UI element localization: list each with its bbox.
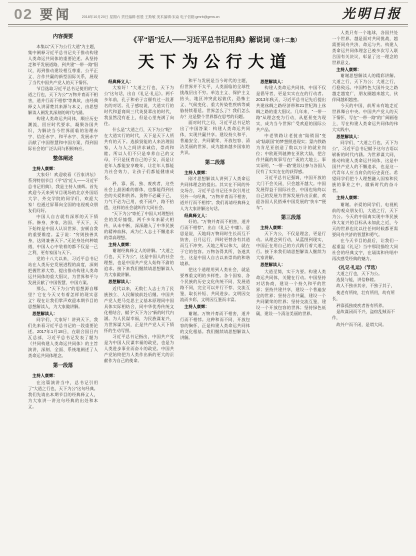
page-number: 02 [14,7,33,22]
section-heading: 第三段落 [256,215,326,222]
newspaper-column-3: 和平与发展是当今时代的主题，但世界并不太平，人类面临的全球性挑战层出不穷。单边主… [180,78,250,552]
verse-line: 使老有所终，壮有所用，幼有所长， [332,290,398,303]
section-heading: 第二段落 [180,160,250,167]
body-paragraph: 刚才思想解读人讲到了人类命运共同体理念的提出。其实在不同的外交场合，习近平总书记… [180,176,250,212]
body-paragraph: 大道至简，实干为要。构建人类命运共同体，关键在行动。中国坚持对话协商，建设一个持… [256,269,326,317]
body-paragraph: 节目选取习近平总书记使用的“大道之行也，天下为公”“万物并育而不相害，道并行而不… [28,86,98,116]
body-paragraph: 在这篇演讲当中，总书记引用了“大道之行也，天下为公”这句经典。我们先请出本期节目… [28,380,98,410]
body-paragraph: 大家好！欢迎收看《百家讲坛》系列特别节目《平“语”近人——习近平总书记用典》，我… [28,172,98,214]
body-paragraph: 谢谢思想解读人的精彩讲解。大道之行，天下为公；大道之行，行稳致远。中国特色大国外… [332,73,398,103]
body-paragraph: 在今天节目的最后，让我们一起重温《礼记》当中那段描绘大同社会的经典文字，在诵读和… [332,238,398,262]
masthead-logo: 光明日报 [342,8,402,22]
verse-title: 《礼记·礼运》（节选） [332,264,398,271]
body-paragraph: 谢谢经典释义人的讲解。“大道之行也，天下为公”，这是中国人的社会理想，也是中国共… [104,248,174,278]
page-content: 《平“语”近人——习近平总书记用典》解说词（第十二集） 天下为公行大道 内容提要… [28,30,398,552]
body-paragraph: 矜、寡、孤、独、废疾者，这些社会上最困难的群体，也都能得到社会的关爱和供养。货物… [104,181,174,211]
body-paragraph: 习近平总书记强调，中国开放的大门不会关闭，只会越开越大。中国发展得益于国际社会，… [256,175,326,211]
dateline: 2018年10月20日 星期六 责任编辑:张胜 王斯敏 美术编辑:宋焱 电子信箱… [82,15,342,20]
header-rule-thin [8,26,408,27]
body-paragraph: 什么是“大道之行，天下为公”呢？在大道实行的时代，天下是天下人所共有的天下。选拔… [104,127,174,181]
kicker-text: 《平“语”近人——习近平总书记用典》解说词 [130,37,270,44]
body-paragraph: 今天的中国，前所未有地走近世界舞台中央。中国共产党人的天下情怀，写在“一带一路”… [332,103,398,133]
body-paragraph: 党的十八大以来，习近平总书记站在人类历史发展进程的高度，深刻把握世界大势，提出推… [28,256,98,286]
section-heading: 整体阐述 [28,156,98,163]
newspaper-page: 02 要闻 2018年10月20日 星期六 责任编辑:张胜 王斯敏 美术编辑:宋… [0,0,416,556]
top-rule [8,2,408,3]
section-heading: 第一段落 [28,363,98,370]
section-heading: 内容提要 [28,34,98,41]
body-paragraph: 构建人类命运共同体，顺应历史潮流，回应时代要求，凝聚各国共识，为解决当今世界面临… [28,116,98,152]
body-paragraph: 本集以“天下为公行大道”为主题，集中阐释习近平总书记关于推动构建人类命运共同体的… [28,44,98,86]
body-paragraph: 那么，“天下为公”的思想源自哪里？它在今天又有着怎样的现实意义？现在让我们掌声欢… [28,286,98,310]
verse-line: 故外户而不闭，是谓大同。 [332,322,398,328]
body-paragraph: 中老铁路让老挝由“陆锁国”变成“陆联国”的梦想照进现实；蒙内铁路为肯尼亚创造了数… [256,133,326,175]
headline-title: 天下为公行大道 [102,49,328,72]
newspaper-column-4: 思想解读人：构建人类命运共同体，中国不仅是倡导者，更是实实在在的行动者。2013… [256,78,326,552]
body-paragraph: “天下为公”寄托了中国人对理想社会的美好憧憬，两千多年来薪火相传，从未中断，深深… [104,211,174,241]
body-paragraph: 同学们，“大道之行也，天下为公”，习近平总书记赋予这句古语以崭新的时代内涵。为世… [332,140,398,194]
body-paragraph: 人类只有一个地球，各国共处一个世界。越是面对共同挑战，越需要同舟共济、命运与共。… [332,30,398,66]
body-paragraph: 和平与发展是当今时代的主题，但世界并不太平，人类面临的全球性挑战层出不穷。单边主… [180,78,250,120]
body-paragraph: 天下为公，不仅是理念，更是行动。从理念到行动，从蓝图到现实，中国正在用自己的方式… [256,231,326,261]
body-paragraph: 好的。“万物并育而不相害，道并行而不相悖”，出自《礼记·中庸》。意思是说，天地间… [180,219,250,267]
body-paragraph: 构建人类命运共同体，中国不仅是倡导者，更是实实在在的行动者。2013年秋天，习近… [256,85,326,133]
body-paragraph: 近代以来，无数仁人志士为了民族独立、人民解放前赴后继。中国共产党人把马克思主义基… [104,286,174,334]
page-header: 02 要闻 2018年10月20日 星期六 责任编辑:张胜 王斯敏 美术编辑:宋… [14,5,402,22]
body-paragraph: 谢谢。亲爱的同学们，电视机前的观众朋友们，大道之行，天下为公。今天的中国离实现中… [332,202,398,238]
body-paragraph: 把这个道理用到人类社会，就是要尊重文明的多样性。各个国家、各个民族的历史文化传统… [180,267,250,303]
body-paragraph: 中国人自古就有深厚的天下情怀。修身、齐家、治国、平天下，天下始终是中国人认识世界… [28,214,98,256]
newspaper-column-1: 内容提要本集以“天下为公行大道”为主题，集中阐释习近平总书记关于推动构建人类命运… [28,30,98,552]
newspaper-column-2: 经典释义人：大家好！“大道之行也，天下为公”这句话，出自《礼记·礼运》。两千多年… [104,78,174,552]
header-rule [8,24,408,25]
body-paragraph: 习近平总书记指出，中国共产党是为中国人民谋幸福的政党，也是为人类进步事业而奋斗的… [104,334,174,364]
body-paragraph: 谢谢。万物并育而不相害，道并行而不相悖。这种和而不同、开放包容的胸怀，正是构建人… [180,311,250,341]
body-paragraph: 面对时代之问，习近平总书记给出了中国答案：构建人类命运共同体，实现共赢共享。建设… [180,120,250,156]
article-headline: 《平“语”近人——习近平总书记用典》解说词（第十二集） 天下为公行大道 [102,30,328,76]
headline-kicker: 《平“语”近人——习近平总书记用典》解说词（第十二集） [102,35,328,45]
verse-line: 故人不独亲其亲，不独子其子， [332,283,398,289]
section-name: 要闻 [40,8,72,22]
body-paragraph: 大家好！“大道之行也，天下为公”这句话，出自《礼记·礼运》。两千多年前，孔子和弟… [104,85,174,127]
kicker-episode-note: （第十二集） [270,38,300,44]
verse-line: 是故谋闭而不兴，盗窃乱贼而不作， [332,309,398,322]
body-paragraph: 同学们，大家好！讲到天下，我们先来看习近平总书记的一段重要论述。2017年1月1… [28,317,98,359]
newspaper-column-5: 人类只有一个地球，各国共处一个世界。越是面对共同挑战，越需要同舟共济、命运与共。… [332,30,398,552]
